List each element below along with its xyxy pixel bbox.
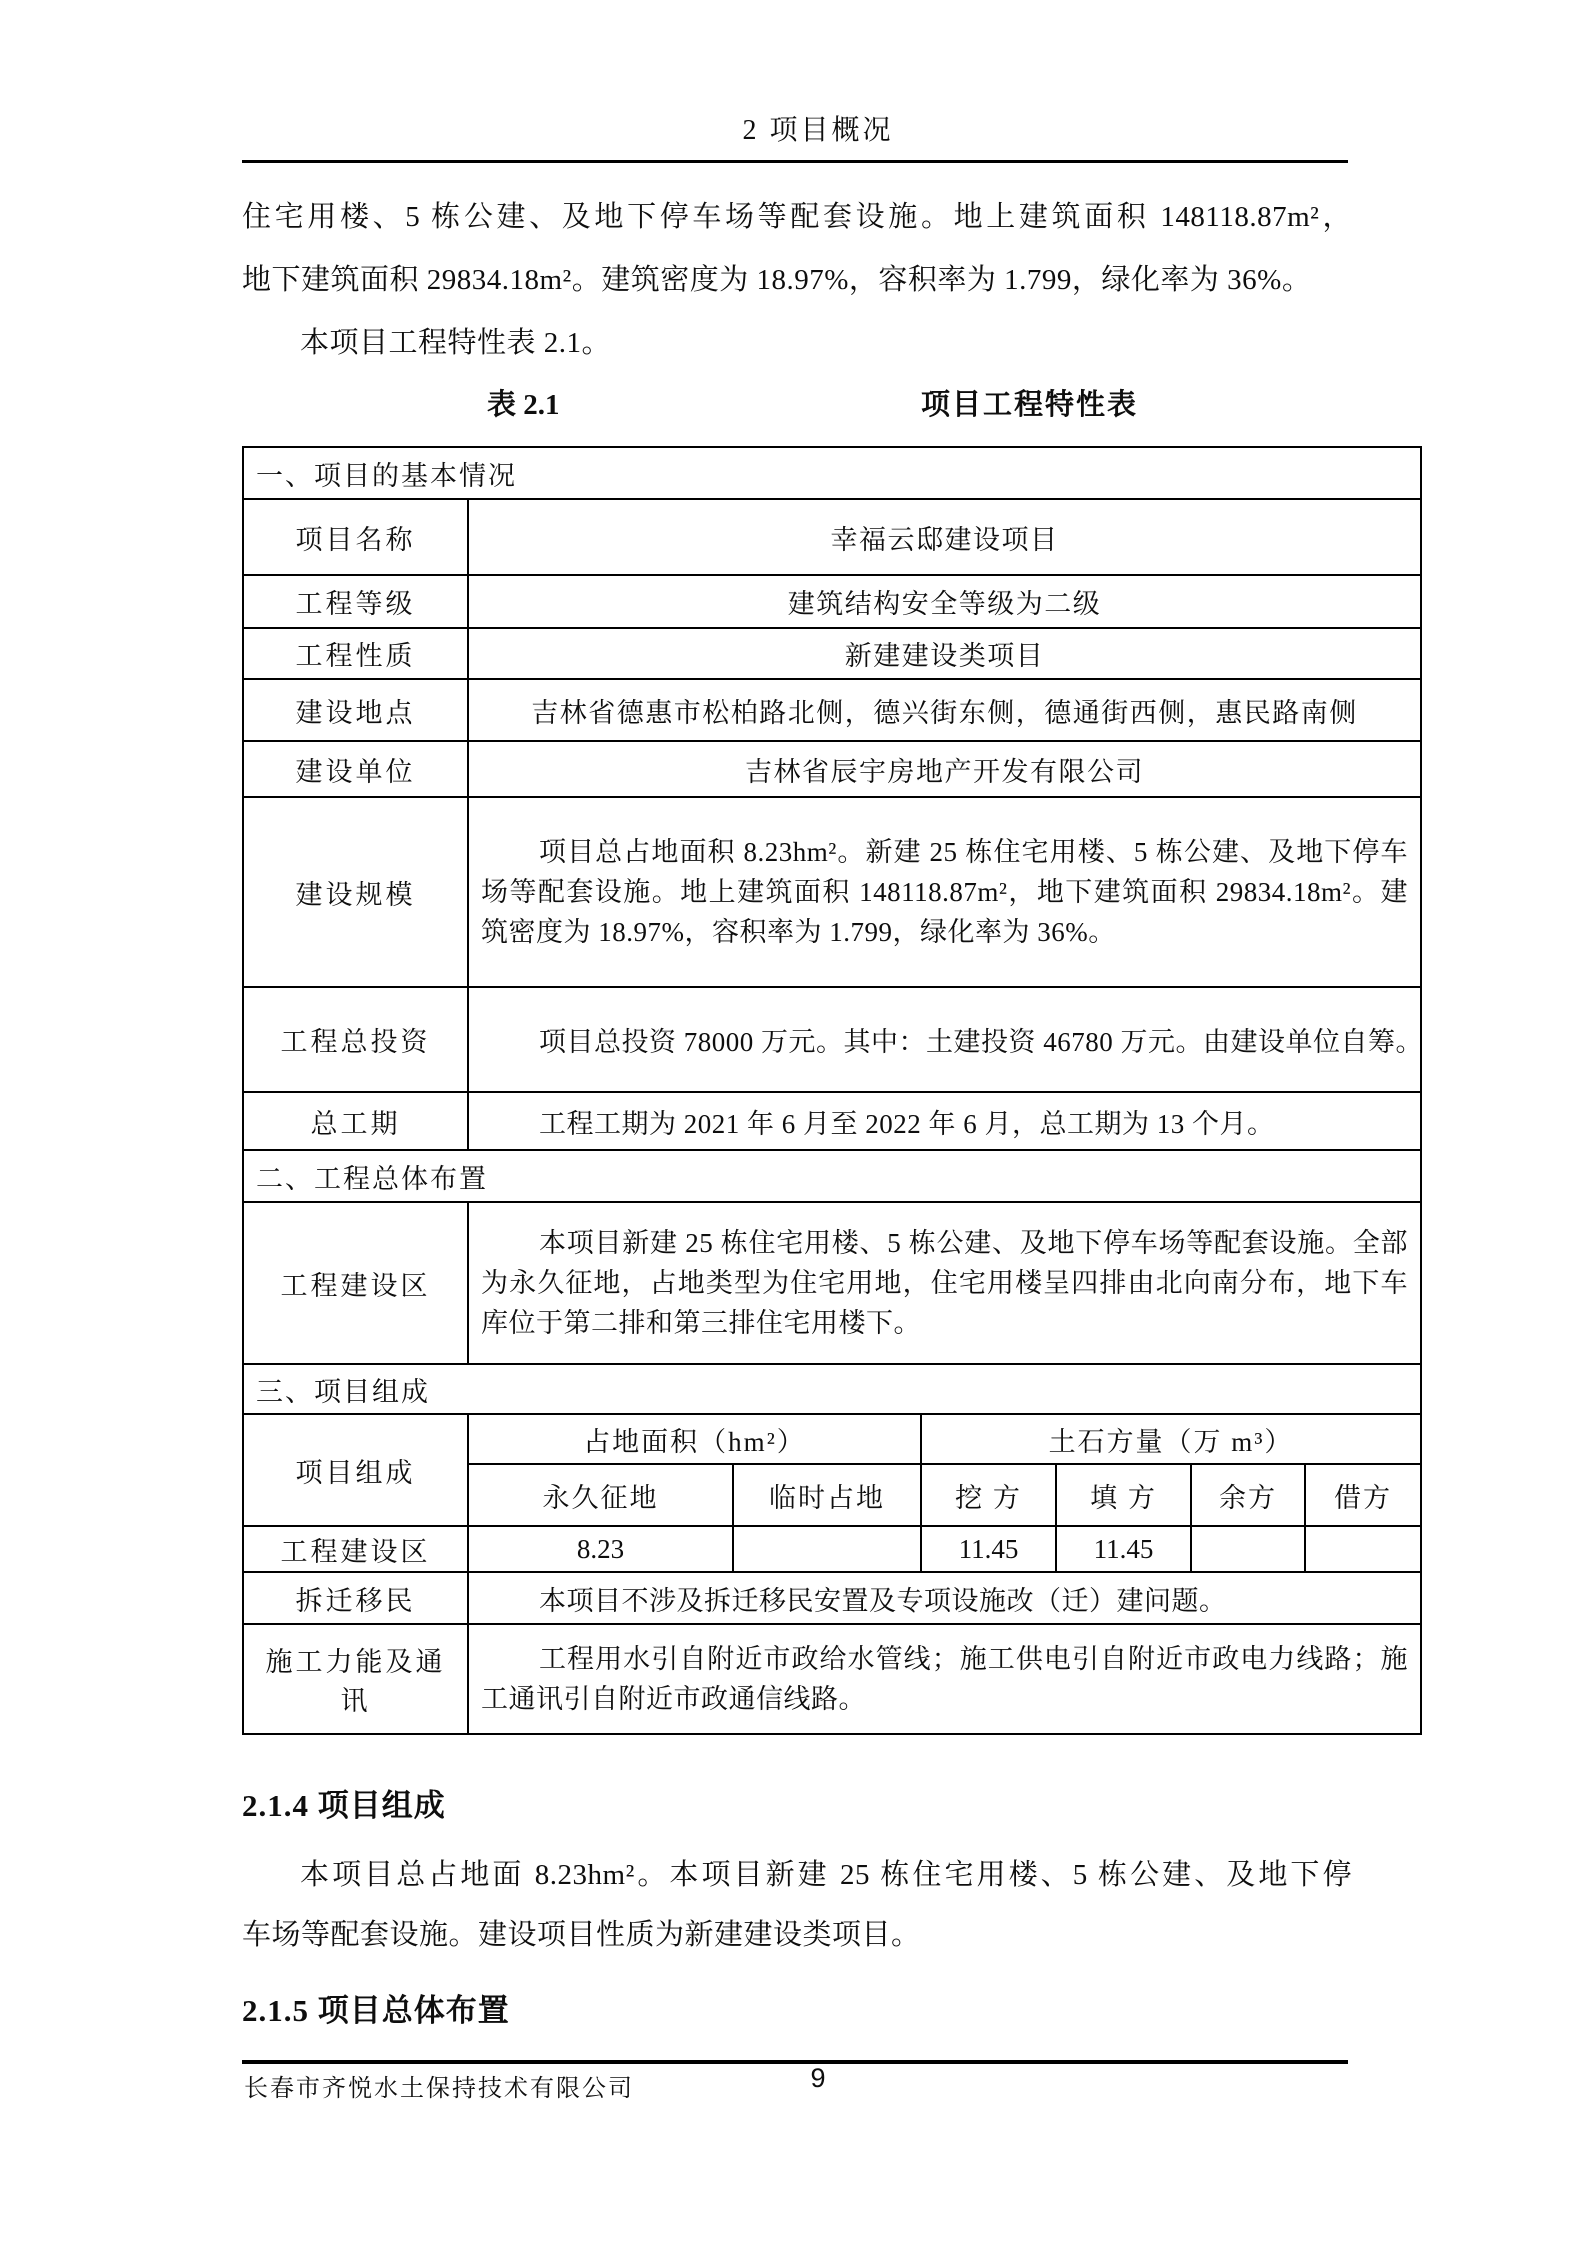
col-header-excavation: 挖 方	[921, 1464, 1056, 1526]
layout-line-2: 为永久征地，占地类型为住宅用地，住宅用楼呈四排由北向南分布，地下车	[481, 1263, 1408, 1303]
footer-company-name: 长春市齐悦水土保持技术有限公司	[244, 2068, 634, 2103]
label-cell: 工程等级	[243, 575, 468, 628]
value-cell: 本项目不涉及拆迁移民安置及专项设施改（迁）建问题。	[468, 1572, 1421, 1624]
row-utilities: 施工力能及通讯 工程用水引自附近市政给水管线；施工供电引自附近市政电力线路；施 …	[243, 1624, 1421, 1734]
value-cell: 工程工期为 2021 年 6 月至 2022 年 6 月，总工期为 13 个月。	[468, 1092, 1421, 1150]
intro-paragraph: 住宅用楼、5 栋公建、及地下停车场等配套设施。地上建筑面积 148118.87m…	[242, 186, 1352, 312]
chapter-running-head: 2 项目概况	[242, 108, 1394, 148]
scale-line-1: 项目总占地面积 8.23hm²。新建 25 栋住宅用楼、5 栋公建、及地下停车	[481, 832, 1408, 872]
value-cell: 吉林省辰宇房地产开发有限公司	[468, 741, 1421, 797]
value-cell: 项目总占地面积 8.23hm²。新建 25 栋住宅用楼、5 栋公建、及地下停车 …	[468, 797, 1421, 987]
intro-line-2: 地下建筑面积 29834.18m²。建筑密度为 18.97%，容积率为 1.79…	[242, 249, 1352, 312]
scale-line-3: 筑密度为 18.97%，容积率为 1.799，绿化率为 36%。	[481, 912, 1408, 952]
header-rule	[242, 160, 1348, 163]
label-cell: 总工期	[243, 1092, 468, 1150]
value-cell: 工程用水引自附近市政给水管线；施工供电引自附近市政电力线路；施 工通讯引自附近市…	[468, 1624, 1421, 1734]
composition-group-header-row: 项目组成 占地面积（hm²） 土石方量（万 m³）	[243, 1414, 1421, 1464]
data-surplus	[1191, 1526, 1305, 1572]
group-header-earthwork: 土石方量（万 m³）	[921, 1414, 1421, 1464]
col-header-temporary: 临时占地	[733, 1464, 921, 1526]
label-cell: 工程性质	[243, 628, 468, 679]
paragraph-2-1-4-line-2: 车场等配套设施。建设项目性质为新建建设类项目。	[242, 1905, 1352, 1965]
label-cell: 项目名称	[243, 499, 468, 575]
row-total-investment: 工程总投资 项目总投资 78000 万元。其中：土建投资 46780 万元。由建…	[243, 987, 1421, 1092]
investment-text: 项目总投资 78000 万元。其中：土建投资 46780 万元。由建设单位自筹。	[481, 1020, 1408, 1059]
layout-line-3: 库位于第二排和第三排住宅用楼下。	[481, 1303, 1408, 1343]
characteristics-table: 一、项目的基本情况 项目名称 幸福云邸建设项目 工程等级 建筑结构安全等级为二级…	[242, 446, 1422, 1735]
data-borrow	[1305, 1526, 1421, 1572]
document-page: 2 项目概况 住宅用楼、5 栋公建、及地下停车场等配套设施。地上建筑面积 148…	[0, 0, 1587, 2245]
value-cell: 幸福云邸建设项目	[468, 499, 1421, 575]
lead-in-paragraph: 本项目工程特性表 2.1。	[242, 320, 1352, 361]
col-header-borrow: 借方	[1305, 1464, 1421, 1526]
label-cell: 工程总投资	[243, 987, 468, 1092]
section-composition-label: 三、项目组成	[243, 1364, 1421, 1414]
row-total-duration: 总工期 工程工期为 2021 年 6 月至 2022 年 6 月，总工期为 13…	[243, 1092, 1421, 1150]
col-header-permanent: 永久征地	[468, 1464, 733, 1526]
label-cell: 建设地点	[243, 679, 468, 741]
value-cell: 吉林省德惠市松柏路北侧，德兴街东侧，德通街西侧，惠民路南侧	[468, 679, 1421, 741]
footer-rule	[242, 2060, 1348, 2064]
table-caption-number: 表 2.1	[487, 382, 560, 423]
intro-line-1: 住宅用楼、5 栋公建、及地下停车场等配套设施。地上建筑面积 148118.87m…	[242, 186, 1352, 249]
data-temporary	[733, 1526, 921, 1572]
label-cell: 拆迁移民	[243, 1572, 468, 1624]
section-row-basic: 一、项目的基本情况	[243, 447, 1421, 499]
row-construction-unit: 建设单位 吉林省辰宇房地产开发有限公司	[243, 741, 1421, 797]
characteristics-table-wrapper: 一、项目的基本情况 项目名称 幸福云邸建设项目 工程等级 建筑结构安全等级为二级…	[242, 446, 1422, 1735]
table-caption-title: 项目工程特性表	[921, 382, 1138, 423]
lead-in-text: 本项目工程特性表 2.1。	[242, 320, 1352, 361]
row-project-name: 项目名称 幸福云邸建设项目	[243, 499, 1421, 575]
section-row-composition: 三、项目组成	[243, 1364, 1421, 1414]
page-number: 9	[810, 2063, 825, 2094]
section-basic-label: 一、项目的基本情况	[243, 447, 1421, 499]
relocation-text: 本项目不涉及拆迁移民安置及专项设施改（迁）建问题。	[481, 1579, 1408, 1618]
data-excavation: 11.45	[921, 1526, 1056, 1572]
row-project-nature: 工程性质 新建建设类项目	[243, 628, 1421, 679]
value-cell: 新建建设类项目	[468, 628, 1421, 679]
heading-2-1-4: 2.1.4 项目组成	[242, 1780, 446, 1825]
label-cell: 施工力能及通讯	[243, 1624, 468, 1734]
duration-text: 工程工期为 2021 年 6 月至 2022 年 6 月，总工期为 13 个月。	[481, 1102, 1408, 1141]
composition-data-row: 工程建设区 8.23 11.45 11.45	[243, 1526, 1421, 1572]
value-cell: 建筑结构安全等级为二级	[468, 575, 1421, 628]
layout-line-1: 本项目新建 25 栋住宅用楼、5 栋公建、及地下停车场等配套设施。全部	[481, 1223, 1408, 1263]
row-project-location: 建设地点 吉林省德惠市松柏路北侧，德兴街东侧，德通街西侧，惠民路南侧	[243, 679, 1421, 741]
group-header-land-area: 占地面积（hm²）	[468, 1414, 921, 1464]
row-construction-area: 工程建设区 本项目新建 25 栋住宅用楼、5 栋公建、及地下停车场等配套设施。全…	[243, 1202, 1421, 1364]
value-cell: 项目总投资 78000 万元。其中：土建投资 46780 万元。由建设单位自筹。	[468, 987, 1421, 1092]
composition-corner-cell: 项目组成	[243, 1414, 468, 1526]
col-header-surplus: 余方	[1191, 1464, 1305, 1526]
row-construction-scale: 建设规模 项目总占地面积 8.23hm²。新建 25 栋住宅用楼、5 栋公建、及…	[243, 797, 1421, 987]
heading-2-1-5: 2.1.5 项目总体布置	[242, 1985, 510, 2030]
section-row-layout: 二、工程总体布置	[243, 1150, 1421, 1202]
utilities-line-1: 工程用水引自附近市政给水管线；施工供电引自附近市政电力线路；施	[481, 1639, 1408, 1679]
paragraph-2-1-4-line-1: 本项目总占地面 8.23hm²。本项目新建 25 栋住宅用楼、5 栋公建、及地下…	[242, 1845, 1352, 1905]
col-header-fill: 填 方	[1056, 1464, 1191, 1526]
data-row-label: 工程建设区	[243, 1526, 468, 1572]
data-fill: 11.45	[1056, 1526, 1191, 1572]
label-cell: 建设单位	[243, 741, 468, 797]
utilities-line-2: 工通讯引自附近市政通信线路。	[481, 1679, 1408, 1719]
row-relocation: 拆迁移民 本项目不涉及拆迁移民安置及专项设施改（迁）建问题。	[243, 1572, 1421, 1624]
paragraph-2-1-4: 本项目总占地面 8.23hm²。本项目新建 25 栋住宅用楼、5 栋公建、及地下…	[242, 1845, 1352, 1965]
table-caption: 表 2.1 项目工程特性表	[242, 382, 1420, 418]
label-cell: 工程建设区	[243, 1202, 468, 1364]
data-permanent: 8.23	[468, 1526, 733, 1572]
section-layout-label: 二、工程总体布置	[243, 1150, 1421, 1202]
value-cell: 本项目新建 25 栋住宅用楼、5 栋公建、及地下停车场等配套设施。全部 为永久征…	[468, 1202, 1421, 1364]
label-cell: 建设规模	[243, 797, 468, 987]
scale-line-2: 场等配套设施。地上建筑面积 148118.87m²，地下建筑面积 29834.1…	[481, 872, 1408, 912]
row-project-grade: 工程等级 建筑结构安全等级为二级	[243, 575, 1421, 628]
